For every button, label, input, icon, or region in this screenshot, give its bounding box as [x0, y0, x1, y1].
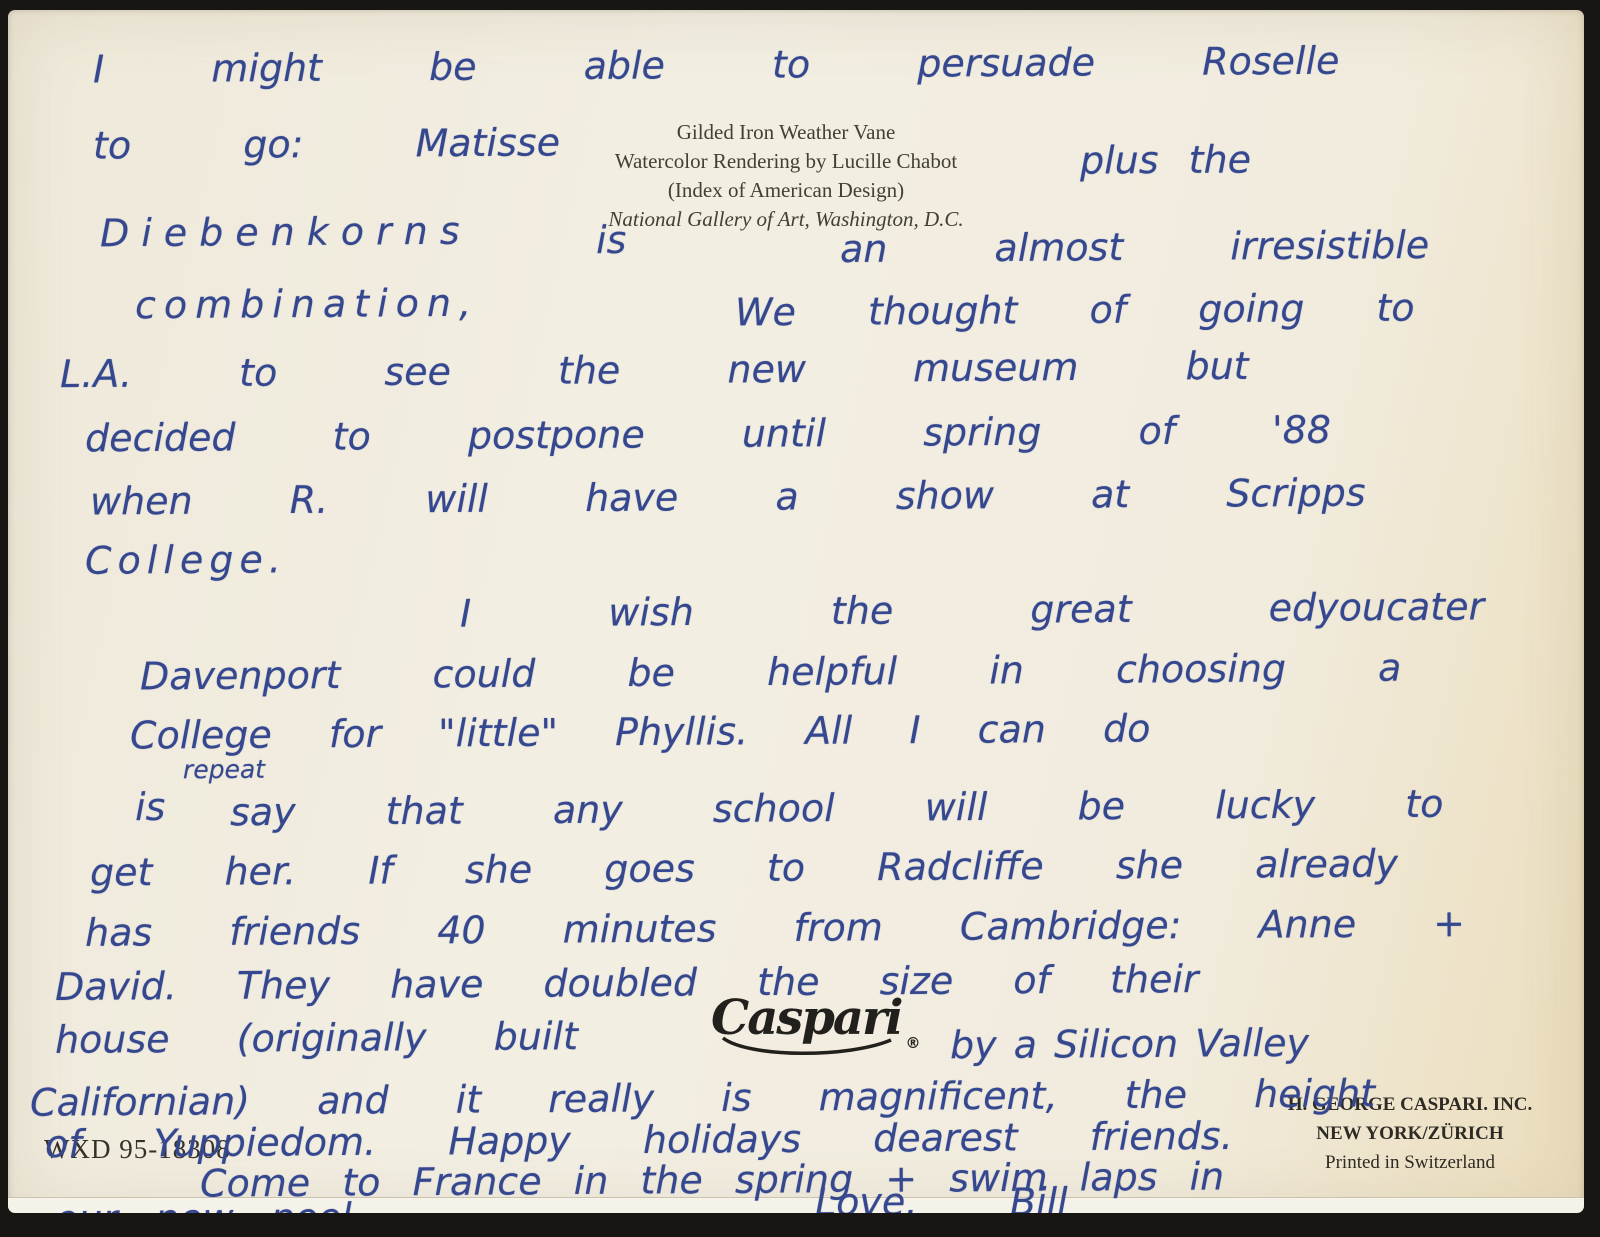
handwriting-line-20: David. They have doubled the size of the…	[55, 957, 1199, 1009]
handwriting-line-01: I might be able to persuade Roselle	[93, 39, 1340, 92]
handwriting-line-04: Diebenkorns	[100, 209, 472, 256]
handwriting-line-16: is	[135, 785, 166, 829]
handwriting-line-08: We thought of going to	[735, 286, 1415, 335]
handwriting-line-15: College for "little" Phyllis. All I can …	[130, 706, 1151, 757]
handwriting-line-18: get her. If she goes to Radcliffe she al…	[90, 841, 1398, 894]
logo-flourish	[719, 1034, 904, 1060]
handwriting-line-03: plus the	[1080, 137, 1251, 182]
handwriting-line-17: say that any school will be lucky to	[230, 782, 1444, 834]
publisher-line-printed-in: Printed in Switzerland	[1280, 1148, 1540, 1177]
photograph-backdrop: { "handwriting": { "ink_color": "#35488f…	[0, 0, 1600, 1237]
handwriting-line-21: house (originally built	[55, 1014, 578, 1062]
handwriting-line-02: to go: Matisse	[93, 120, 560, 167]
handwriting-line-05: is	[596, 218, 627, 262]
handwriting-line-19: has friends 40 minutes from Cambridge: A…	[85, 901, 1465, 955]
handwriting-line-26: our new pool.	[55, 1195, 364, 1213]
caption-line-title: Gilded Iron Weather Vane	[566, 118, 1006, 147]
handwriting-line-14: Davenport could be helpful in choosing a	[140, 646, 1402, 699]
handwriting-signoff-love: Love,	[815, 1180, 918, 1213]
handwriting-insert-repeat: repeat	[183, 755, 265, 785]
handwriting-line-07: combination,	[135, 281, 479, 327]
publisher-line-cities: NEW YORK/ZÜRICH	[1280, 1119, 1540, 1148]
handwriting-line-06: an almost irresistible	[840, 223, 1429, 271]
handwriting-line-22: by a Silicon Valley	[950, 1021, 1309, 1068]
handwriting-line-11: when R. will have a show at Scripps	[90, 471, 1366, 524]
caption-line-series: (Index of American Design)	[566, 176, 1006, 205]
handwriting-line-10: decided to postpone until spring of '88	[85, 408, 1331, 461]
card-back: Gilded Iron Weather Vane Watercolor Rend…	[8, 10, 1584, 1213]
caption-line-artist: Watercolor Rendering by Lucille Chabot	[566, 147, 1006, 176]
handwriting-line-12: College.	[85, 537, 287, 582]
registered-trademark-icon: ®	[906, 1034, 921, 1052]
handwriting-signature-bill: Bill	[1010, 1180, 1068, 1213]
handwriting-line-13: I wish the great edyoucater	[460, 584, 1484, 635]
printed-caption: Gilded Iron Weather Vane Watercolor Rend…	[566, 118, 1006, 234]
handwriting-line-09: L.A. to see the new museum but	[60, 344, 1249, 396]
